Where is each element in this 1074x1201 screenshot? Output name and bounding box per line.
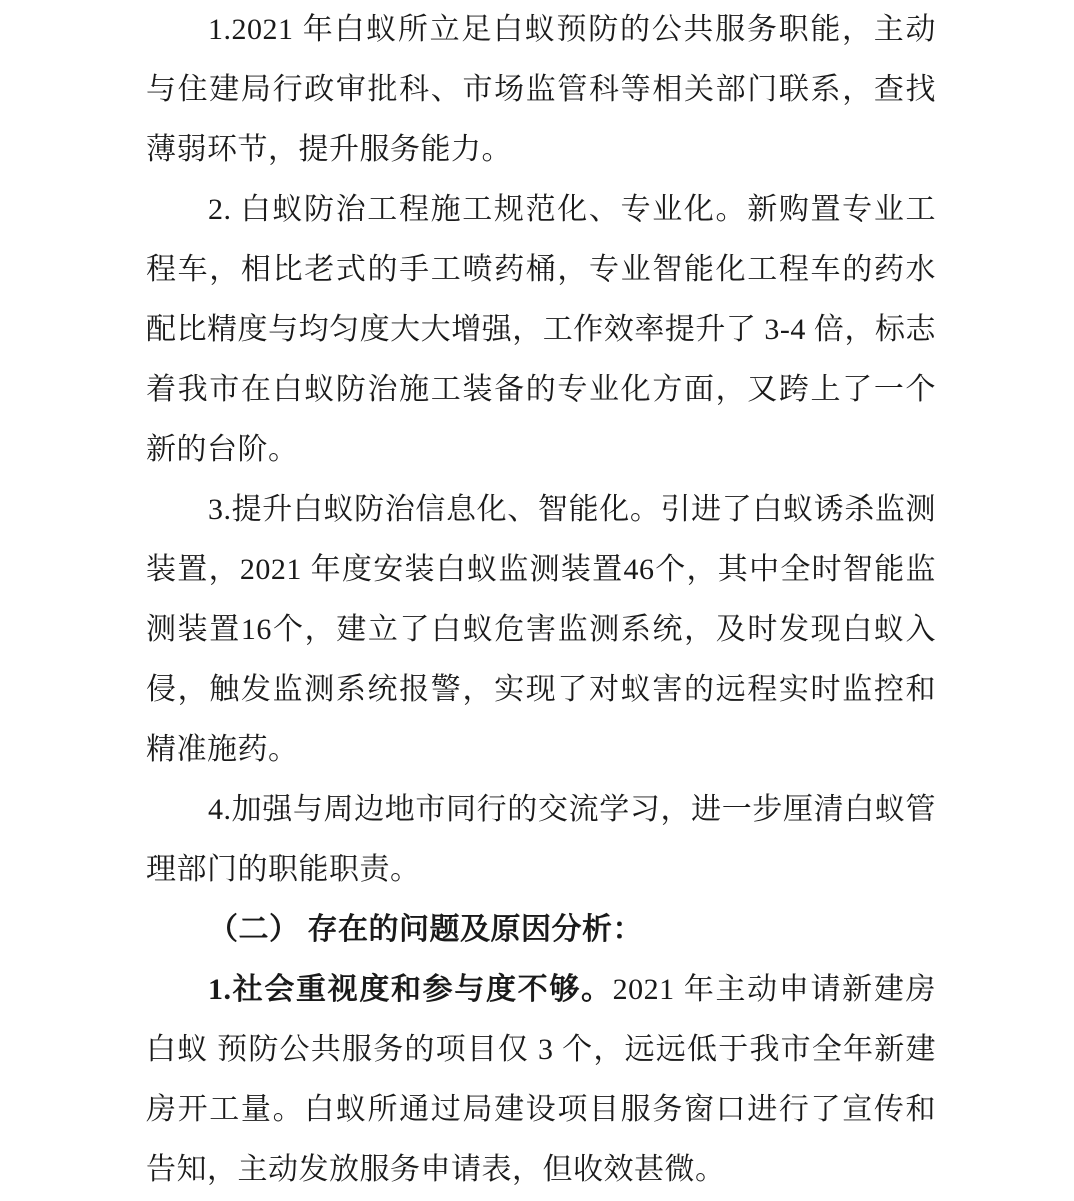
paragraph-achievement-2: 2. 白蚁防治工程施工规范化、专业化。新购置专业工程车，相比老式的手工喷药桶，专… xyxy=(146,180,936,480)
paragraph-achievement-1: 1.2021 年白蚁所立足白蚁预防的公共服务职能，主动与住建局行政审批科、市场监… xyxy=(146,0,936,180)
paragraph-achievement-3: 3.提升白蚁防治信息化、智能化。引进了白蚁诱杀监测装置，2021 年度安装白蚁监… xyxy=(146,480,936,780)
paragraph-problem-1: 1.社会重视度和参与度不够。2021 年主动申请新建房白蚁 预防公共服务的项目仅… xyxy=(146,960,936,1200)
paragraph-problem-1-lead: 1.社会重视度和参与度不够。 xyxy=(208,973,613,1006)
section-heading: （二） 存在的问题及原因分析： xyxy=(146,900,936,960)
paragraph-achievement-4: 4.加强与周边地市同行的交流学习，进一步厘清白蚁管理部门的职能职责。 xyxy=(146,780,936,900)
document-page: 1.2021 年白蚁所立足白蚁预防的公共服务职能，主动与住建局行政审批科、市场监… xyxy=(0,0,1074,1201)
